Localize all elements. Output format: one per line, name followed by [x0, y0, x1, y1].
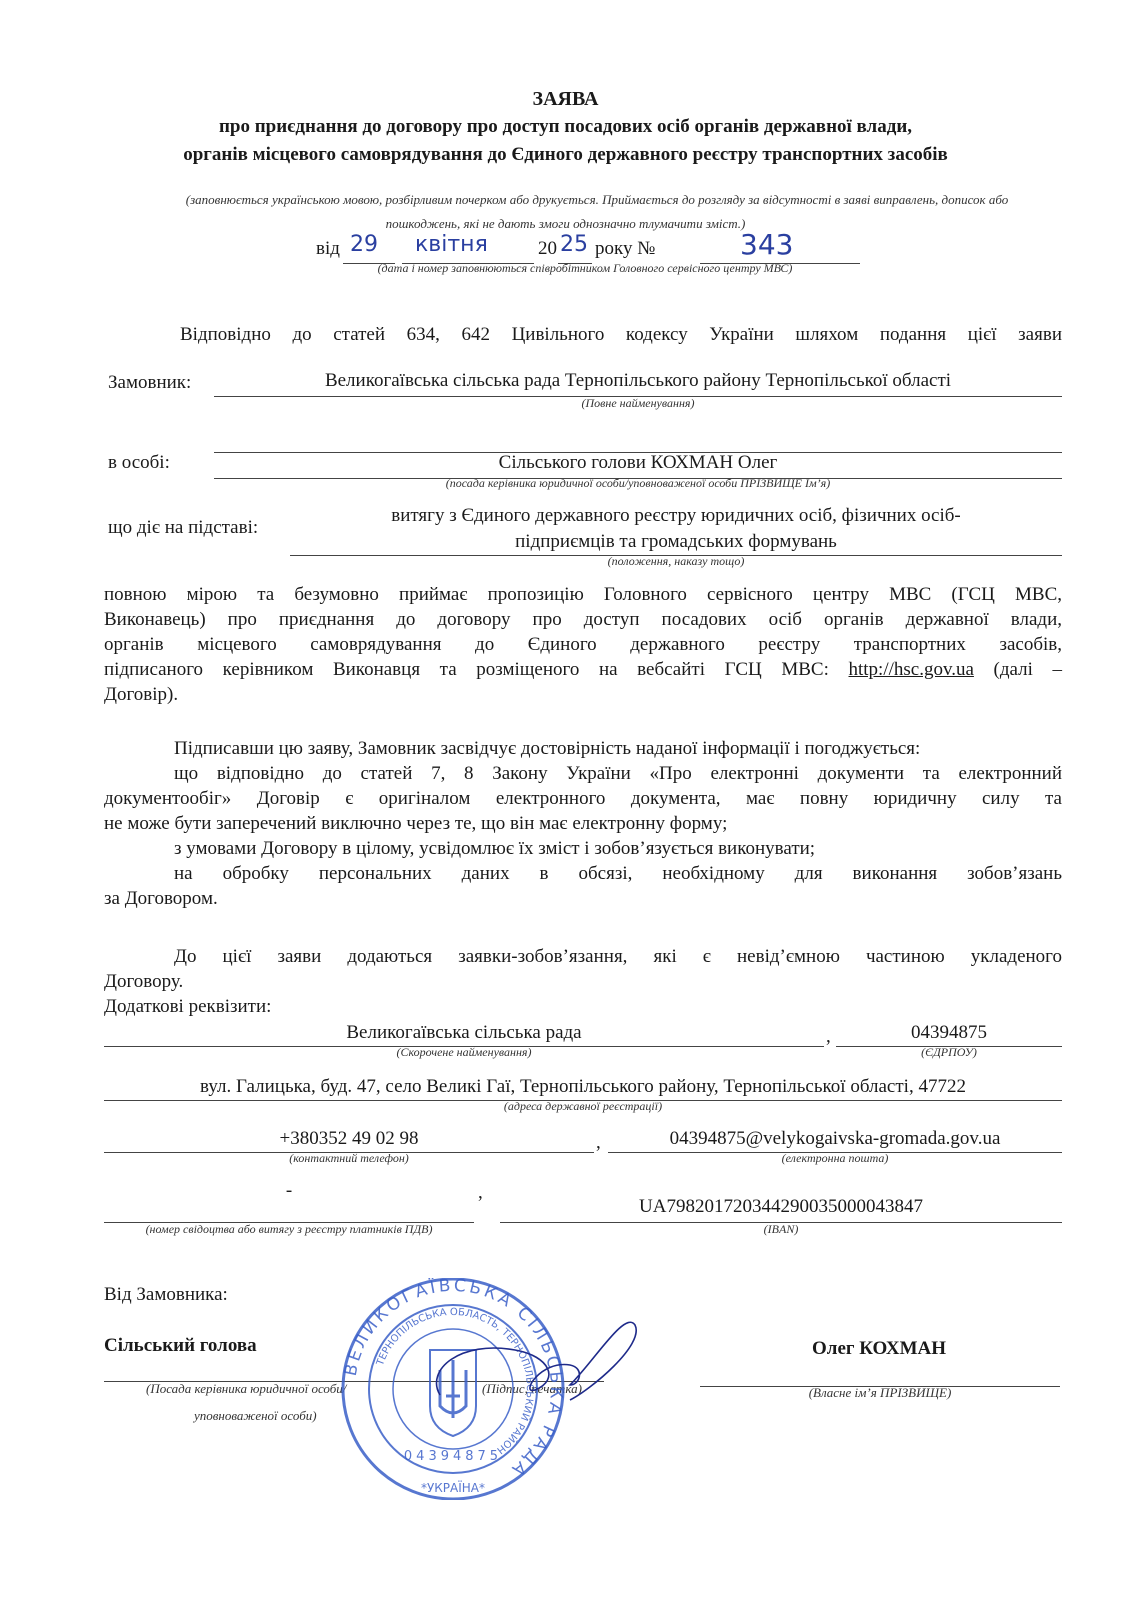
instructions-line1: (заповнюється українською мовою, розбірл…	[112, 192, 1082, 208]
signatory-position: Сільський голова	[104, 1333, 257, 1358]
agreement-line2: що відповідно до статей 7, 8 Закону Укра…	[104, 761, 1062, 786]
instructions-line2: пошкоджень, які не дають змоги однозначн…	[0, 216, 1131, 232]
agreement-line4: не може бути заперечений виключно через …	[104, 811, 1062, 836]
handwritten-signature	[420, 1300, 650, 1410]
agreement-line3: документообіг» Договір є оригіналом елек…	[104, 786, 1062, 811]
phone-caption: (контактний телефон)	[104, 1151, 594, 1166]
customer-caption: (Повне найменування)	[214, 396, 1062, 411]
customer-value[interactable]: Великогаївська сільська рада Тернопільсь…	[214, 370, 1062, 392]
hsc-website-link[interactable]: http://hsc.gov.ua	[849, 659, 974, 680]
phone-value[interactable]: +380352 49 02 98	[104, 1128, 594, 1150]
edrpou-caption: (ЄДРПОУ)	[836, 1045, 1062, 1060]
date-caption: (дата і номер заповнюються співробітнико…	[290, 261, 880, 276]
agreement-line7: за Договором.	[104, 886, 1062, 911]
short-name-caption: (Скорочене найменування)	[104, 1045, 824, 1060]
acceptance-line4: підписаного керівником Виконавця та розм…	[104, 657, 1062, 682]
vat-caption: (номер свідоцтва або витягу з реєстру пл…	[104, 1222, 474, 1237]
basis-value-line2[interactable]: підприємців та громадських формувань	[290, 531, 1062, 553]
attachments-line2: Договору.	[104, 969, 1062, 994]
svg-text:04394875: 04394875	[404, 1449, 502, 1464]
svg-text:*УКРАЇНА*: *УКРАЇНА*	[421, 1480, 485, 1495]
basis-caption: (положення, наказу тощо)	[290, 554, 1062, 569]
email-value[interactable]: 04394875@velykogaivska-gromada.gov.ua	[608, 1128, 1062, 1150]
document-subtitle-line2: органів місцевого самоврядування до Єдин…	[0, 144, 1131, 166]
edrpou-value[interactable]: 04394875	[836, 1022, 1062, 1044]
representative-caption: (посада керівника юридичної особи/уповно…	[214, 476, 1062, 491]
name-caption: (Власне ім’я ПРІЗВИЩЕ)	[700, 1385, 1060, 1401]
address-caption: (адреса державної реєстрації)	[104, 1099, 1062, 1114]
requisites-label: Додаткові реквізити:	[104, 994, 1062, 1019]
position-caption-line1: (Посада керівника юридичної особи/	[146, 1381, 346, 1397]
basis-label: що діє на підставі:	[108, 515, 258, 540]
vat-value[interactable]: -	[104, 1180, 474, 1202]
customer-label: Замовник:	[108, 370, 191, 395]
iban-caption: (IBAN)	[500, 1222, 1062, 1237]
date-year-word: року №	[595, 238, 655, 260]
short-name-value[interactable]: Великогаївська сільська рада	[104, 1022, 824, 1044]
iban-value[interactable]: UA798201720344290035000043847	[500, 1196, 1062, 1218]
attachments-line1: До цієї заяви додаються заявки-зобов’яза…	[104, 944, 1062, 969]
document-subtitle-line1: про приєднання до договору про доступ по…	[0, 116, 1131, 138]
agreement-line1: Підписавши цю заяву, Замовник засвідчує …	[104, 736, 1062, 761]
comma-separator: ,	[596, 1132, 601, 1154]
application-number[interactable]: 343	[740, 228, 793, 261]
agreement-line6: на обробку персональних даних в обсязі, …	[104, 861, 1062, 886]
agreement-line5: з умовами Договору в цілому, усвідомлює …	[104, 836, 1062, 861]
date-month[interactable]: квітня	[415, 232, 488, 257]
representative-value[interactable]: Сільського голови КОХМАН Олег	[214, 452, 1062, 474]
date-day[interactable]: 29	[350, 232, 378, 257]
email-caption: (електронна пошта)	[608, 1151, 1062, 1166]
address-value[interactable]: вул. Галицька, буд. 47, село Великі Гаї,…	[104, 1076, 1062, 1098]
acceptance-paragraph: повною мірою та безумовно приймає пропоз…	[104, 582, 1062, 707]
date-year-suffix[interactable]: 25	[560, 232, 588, 257]
position-caption-line2: уповноваженої особи)	[194, 1408, 317, 1424]
comma-separator: ,	[478, 1182, 483, 1204]
attachments-paragraph: До цієї заяви додаються заявки-зобов’яза…	[104, 944, 1062, 1019]
intro-text: Відповідно до статей 634, 642 Цивільного…	[180, 322, 1062, 347]
basis-value-line1[interactable]: витягу з Єдиного державного реєстру юрид…	[290, 505, 1062, 527]
representative-label: в особі:	[108, 450, 170, 475]
date-year-prefix: 20	[538, 238, 557, 260]
from-customer-label: Від Замовника:	[104, 1282, 228, 1307]
acceptance-line1: повною мірою та безумовно приймає пропоз…	[104, 582, 1062, 607]
signature-icon	[420, 1300, 650, 1410]
acceptance-line3: органів місцевого самоврядування до Єдин…	[104, 632, 1062, 657]
signatory-name: Олег КОХМАН	[812, 1336, 946, 1361]
comma-separator: ,	[826, 1026, 831, 1048]
acceptance-line5: Договір).	[104, 682, 1062, 707]
agreement-paragraph: Підписавши цю заяву, Замовник засвідчує …	[104, 736, 1062, 911]
date-prefix: від	[316, 238, 340, 260]
acceptance-line2: Виконавець) про приєднання до договору п…	[104, 607, 1062, 632]
document-title: ЗАЯВА	[0, 88, 1131, 111]
